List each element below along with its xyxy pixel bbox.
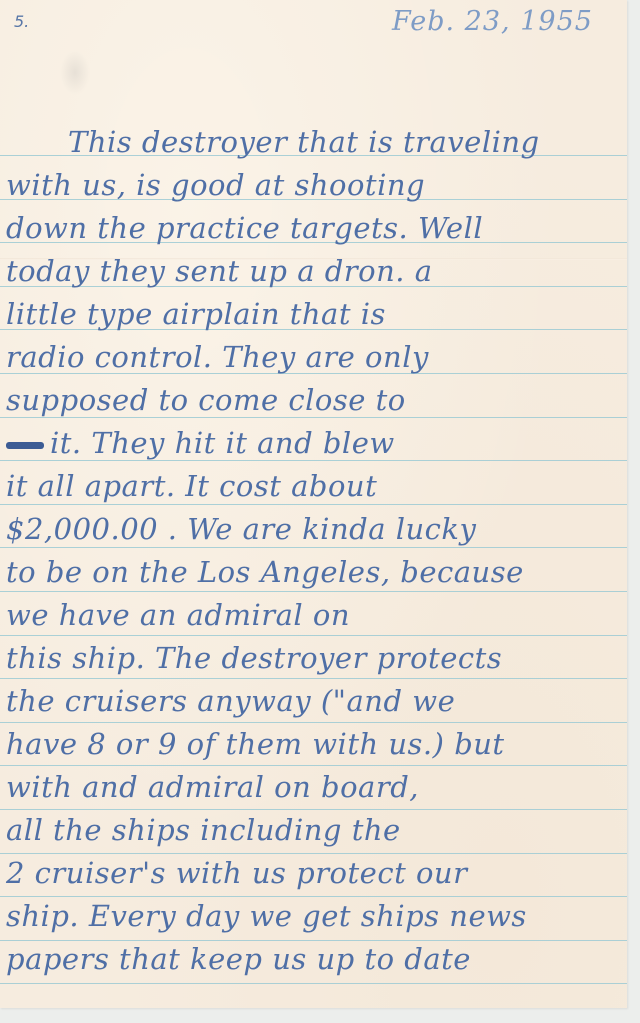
letter-line-10: $2,000.00 . We are kinda lucky (6, 515, 476, 544)
ruled-line (0, 678, 627, 679)
ruled-line (0, 722, 627, 723)
ruled-line (0, 809, 627, 810)
ruled-line (0, 940, 627, 941)
letter-line-6: radio control. They are only (6, 343, 429, 372)
letter-line-7: supposed to come close to (6, 386, 406, 415)
ruled-line (0, 460, 627, 461)
letter-line-15: have 8 or 9 of them with us.) but (6, 730, 505, 759)
letter-line-12: we have an admiral on (6, 601, 350, 630)
letter-line-2: with us, is good at shooting (6, 171, 425, 200)
letter-line-18: 2 cruiser's with us protect our (6, 859, 467, 888)
letter-line-5: little type airplain that is (6, 300, 386, 329)
ruled-line (0, 635, 627, 636)
letter-line-4: today they sent up a dron. a (6, 257, 433, 286)
ruled-line (0, 983, 627, 984)
ruled-line (0, 504, 627, 505)
page-number: 5. (14, 12, 29, 31)
letter-page: 5. Feb. 23, 1955 This destroyer that is … (0, 0, 627, 1008)
scribbled-out-word (6, 442, 44, 449)
letter-line-13: this ship. The destroyer protects (6, 644, 502, 673)
letter-line-8: it. They hit it and blew (6, 429, 395, 458)
letter-date: Feb. 23, 1955 (392, 6, 593, 37)
letter-line-20: papers that keep us up to date (6, 945, 471, 974)
ruled-line (0, 417, 627, 418)
letter-line-17: all the ships including the (6, 816, 401, 845)
pencil-smudge (60, 50, 90, 95)
letter-line-11: to be on the Los Angeles, because (6, 558, 524, 587)
ruled-line (0, 896, 627, 897)
ruled-line (0, 547, 627, 548)
letter-line-16: with and admiral on board, (6, 773, 419, 802)
letter-line-1: This destroyer that is traveling (68, 128, 540, 157)
letter-line-19: ship. Every day we get ships news (6, 902, 527, 931)
letter-line-9: it all apart. It cost about (6, 472, 377, 501)
letter-line-14: the cruisers anyway ("and we (6, 687, 455, 716)
ruled-line (0, 765, 627, 766)
letter-line-3: down the practice targets. Well (6, 214, 483, 243)
ruled-line (0, 853, 627, 854)
ruled-line (0, 591, 627, 592)
